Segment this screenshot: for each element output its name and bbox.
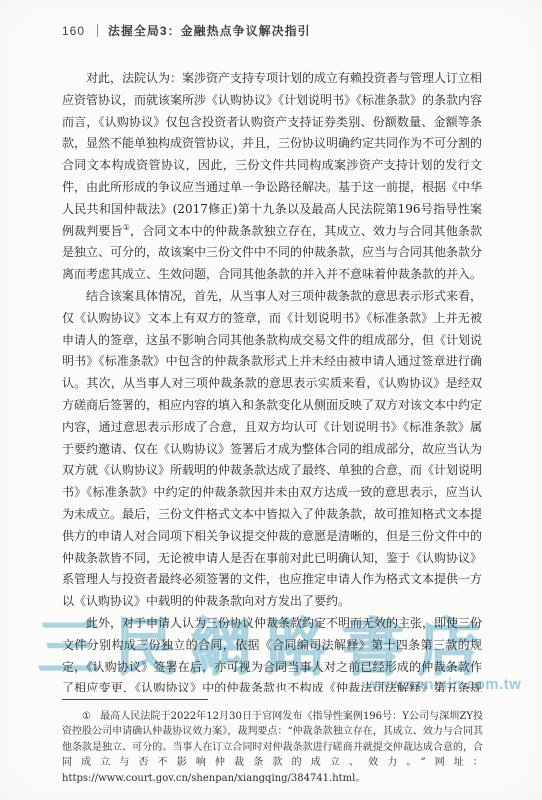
body-text: 对此，法院认为：案涉资产支持专项计划的成立有赖投资者与管理人订立相应资管协议，而… — [62, 68, 482, 692]
paragraph-1-text-before-ref: 对此，法院认为：案涉资产支持专项计划的成立有赖投资者与管理人订立相应资管协议，而… — [62, 71, 482, 238]
page-number: 160 — [62, 24, 85, 38]
footnote-text: 最高人民法院于2022年12月30日于官网发布《指导性案例196号：Y公司与深圳… — [62, 711, 483, 784]
footnote-text-block: ①最高人民法院于2022年12月30日于官网发布《指导性案例196号：Y公司与深… — [62, 709, 483, 786]
footnote-section: ①最高人民法院于2022年12月30日于官网发布《指导性案例196号：Y公司与深… — [62, 699, 483, 786]
book-page: 三民網路書店 www.sanmin.com.tw 160 法握全局3：金融热点争… — [0, 0, 542, 800]
paragraph-case-analysis: 结合该案具体情况，首先，从当事人对三项仲裁条款的意思表示形式来看，仅《认购协议》… — [62, 286, 482, 613]
footnote-marker: ① — [82, 711, 91, 722]
footnote-reference-mark: ① — [123, 223, 130, 232]
page-header: 160 法握全局3：金融热点争议解决指引 — [62, 22, 484, 39]
book-title: 法握全局3：金融热点争议解决指引 — [108, 22, 311, 39]
paragraph-1-text-after-ref: ，合同文本中的仲裁条款独立存在，其成立、效力与合同其他条款是独立、可分的，故该案… — [62, 224, 482, 282]
paragraph-court-opinion: 对此，法院认为：案涉资产支持专项计划的成立有赖投资者与管理人订立相应资管协议，而… — [62, 68, 482, 286]
header-divider — [97, 24, 98, 37]
paragraph-additional-ruling: 此外，对于申请人认为三份协议仲裁条款约定不明而无效的主张，即使三份文件分别构成三… — [62, 613, 482, 692]
footnote-separator-rule — [62, 699, 208, 700]
